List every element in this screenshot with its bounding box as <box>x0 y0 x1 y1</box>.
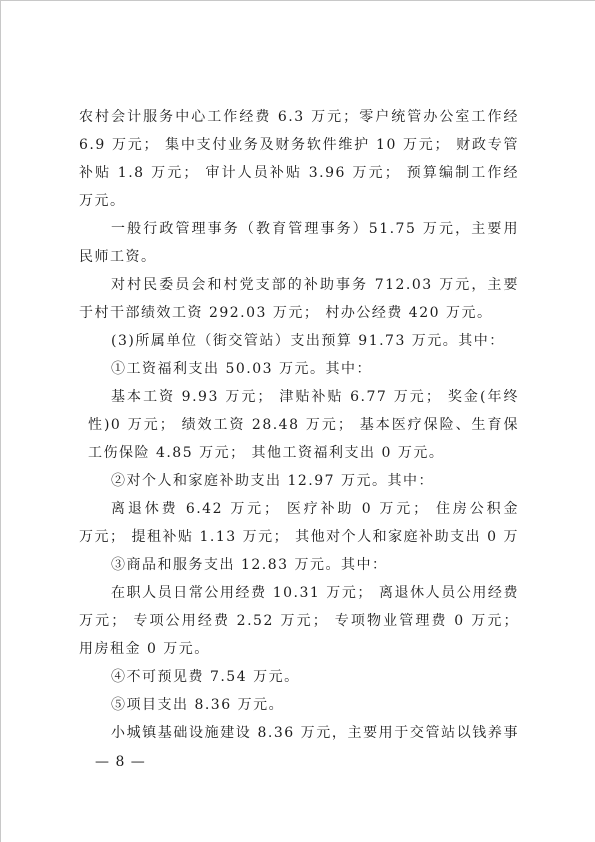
body-text: 农村会计服务中心工作经费 6.3 万元；零户统管办公室工作经费 6.9 万元； … <box>79 103 519 747</box>
page-number: — 8 — <box>95 749 147 775</box>
paragraph-start-line: 对村民委员会和村党支部的补助事务 712.03 万元，主要用 <box>79 271 519 299</box>
text-line: 用房租金 0 万元。 <box>79 635 519 663</box>
text-line: 民师工资。 <box>79 243 519 271</box>
subsection-heading: ③商品和服务支出 12.83 万元。其中： <box>79 551 519 579</box>
text-line: 万元。 <box>79 187 519 215</box>
document-page: 农村会计服务中心工作经费 6.3 万元；零户统管办公室工作经费 6.9 万元； … <box>0 0 595 842</box>
section-heading: (3)所属单位（街交管站）支出预算 91.73 万元。其中： <box>79 327 519 355</box>
text-line: 万元； 专项公用经费 2.52 万元； 专项物业管理费 0 万元； 办公 <box>79 607 519 635</box>
subsection-heading: ①工资福利支出 50.03 万元。其中： <box>79 355 519 383</box>
text-line: 万元； 提租补贴 1.13 万元； 其他对个人和家庭补助支出 0 万元。 <box>79 523 519 551</box>
paragraph-start-line: 离退休费 6.42 万元； 医疗补助 0 万元； 住房公积金 5.42 <box>79 495 519 523</box>
text-line: 补贴 1.8 万元； 审计人员补贴 3.96 万元； 预算编制工作经费 15 <box>79 159 519 187</box>
text-line: 于村干部绩效工资 292.03 万元； 村办公经费 420 万元。 <box>79 299 519 327</box>
paragraph-start-line: 小城镇基础设施建设 8.36 万元，主要用于交管站以钱养事 <box>79 719 519 747</box>
subsection-heading: ⑤项目支出 8.36 万元。 <box>79 691 519 719</box>
text-line: 6.9 万元； 集中支付业务及财务软件维护 10 万元； 财政专管员 <box>79 131 519 159</box>
subsection-heading: ②对个人和家庭补助支出 12.97 万元。其中： <box>79 467 519 495</box>
subsection-heading: ④不可预见费 7.54 万元。 <box>79 663 519 691</box>
text-line: 农村会计服务中心工作经费 6.3 万元；零户统管办公室工作经费 <box>79 103 519 131</box>
paragraph-start-line: 在职人员日常公用经费 10.31 万元； 离退休人员公用经费 0 <box>79 579 519 607</box>
paragraph-start-line: 基本工资 9.93 万元； 津贴补贴 6.77 万元； 奖金(年终一次 <box>79 383 519 411</box>
text-line: 性)0 万元； 绩效工资 28.48 万元； 基本医疗保险、生育保险及 <box>79 411 519 439</box>
paragraph-start-line: 一般行政管理事务（教育管理事务）51.75 万元，主要用于 <box>79 215 519 243</box>
text-line: 工伤保险 4.85 万元； 其他工资福利支出 0 万元。 <box>79 439 519 467</box>
